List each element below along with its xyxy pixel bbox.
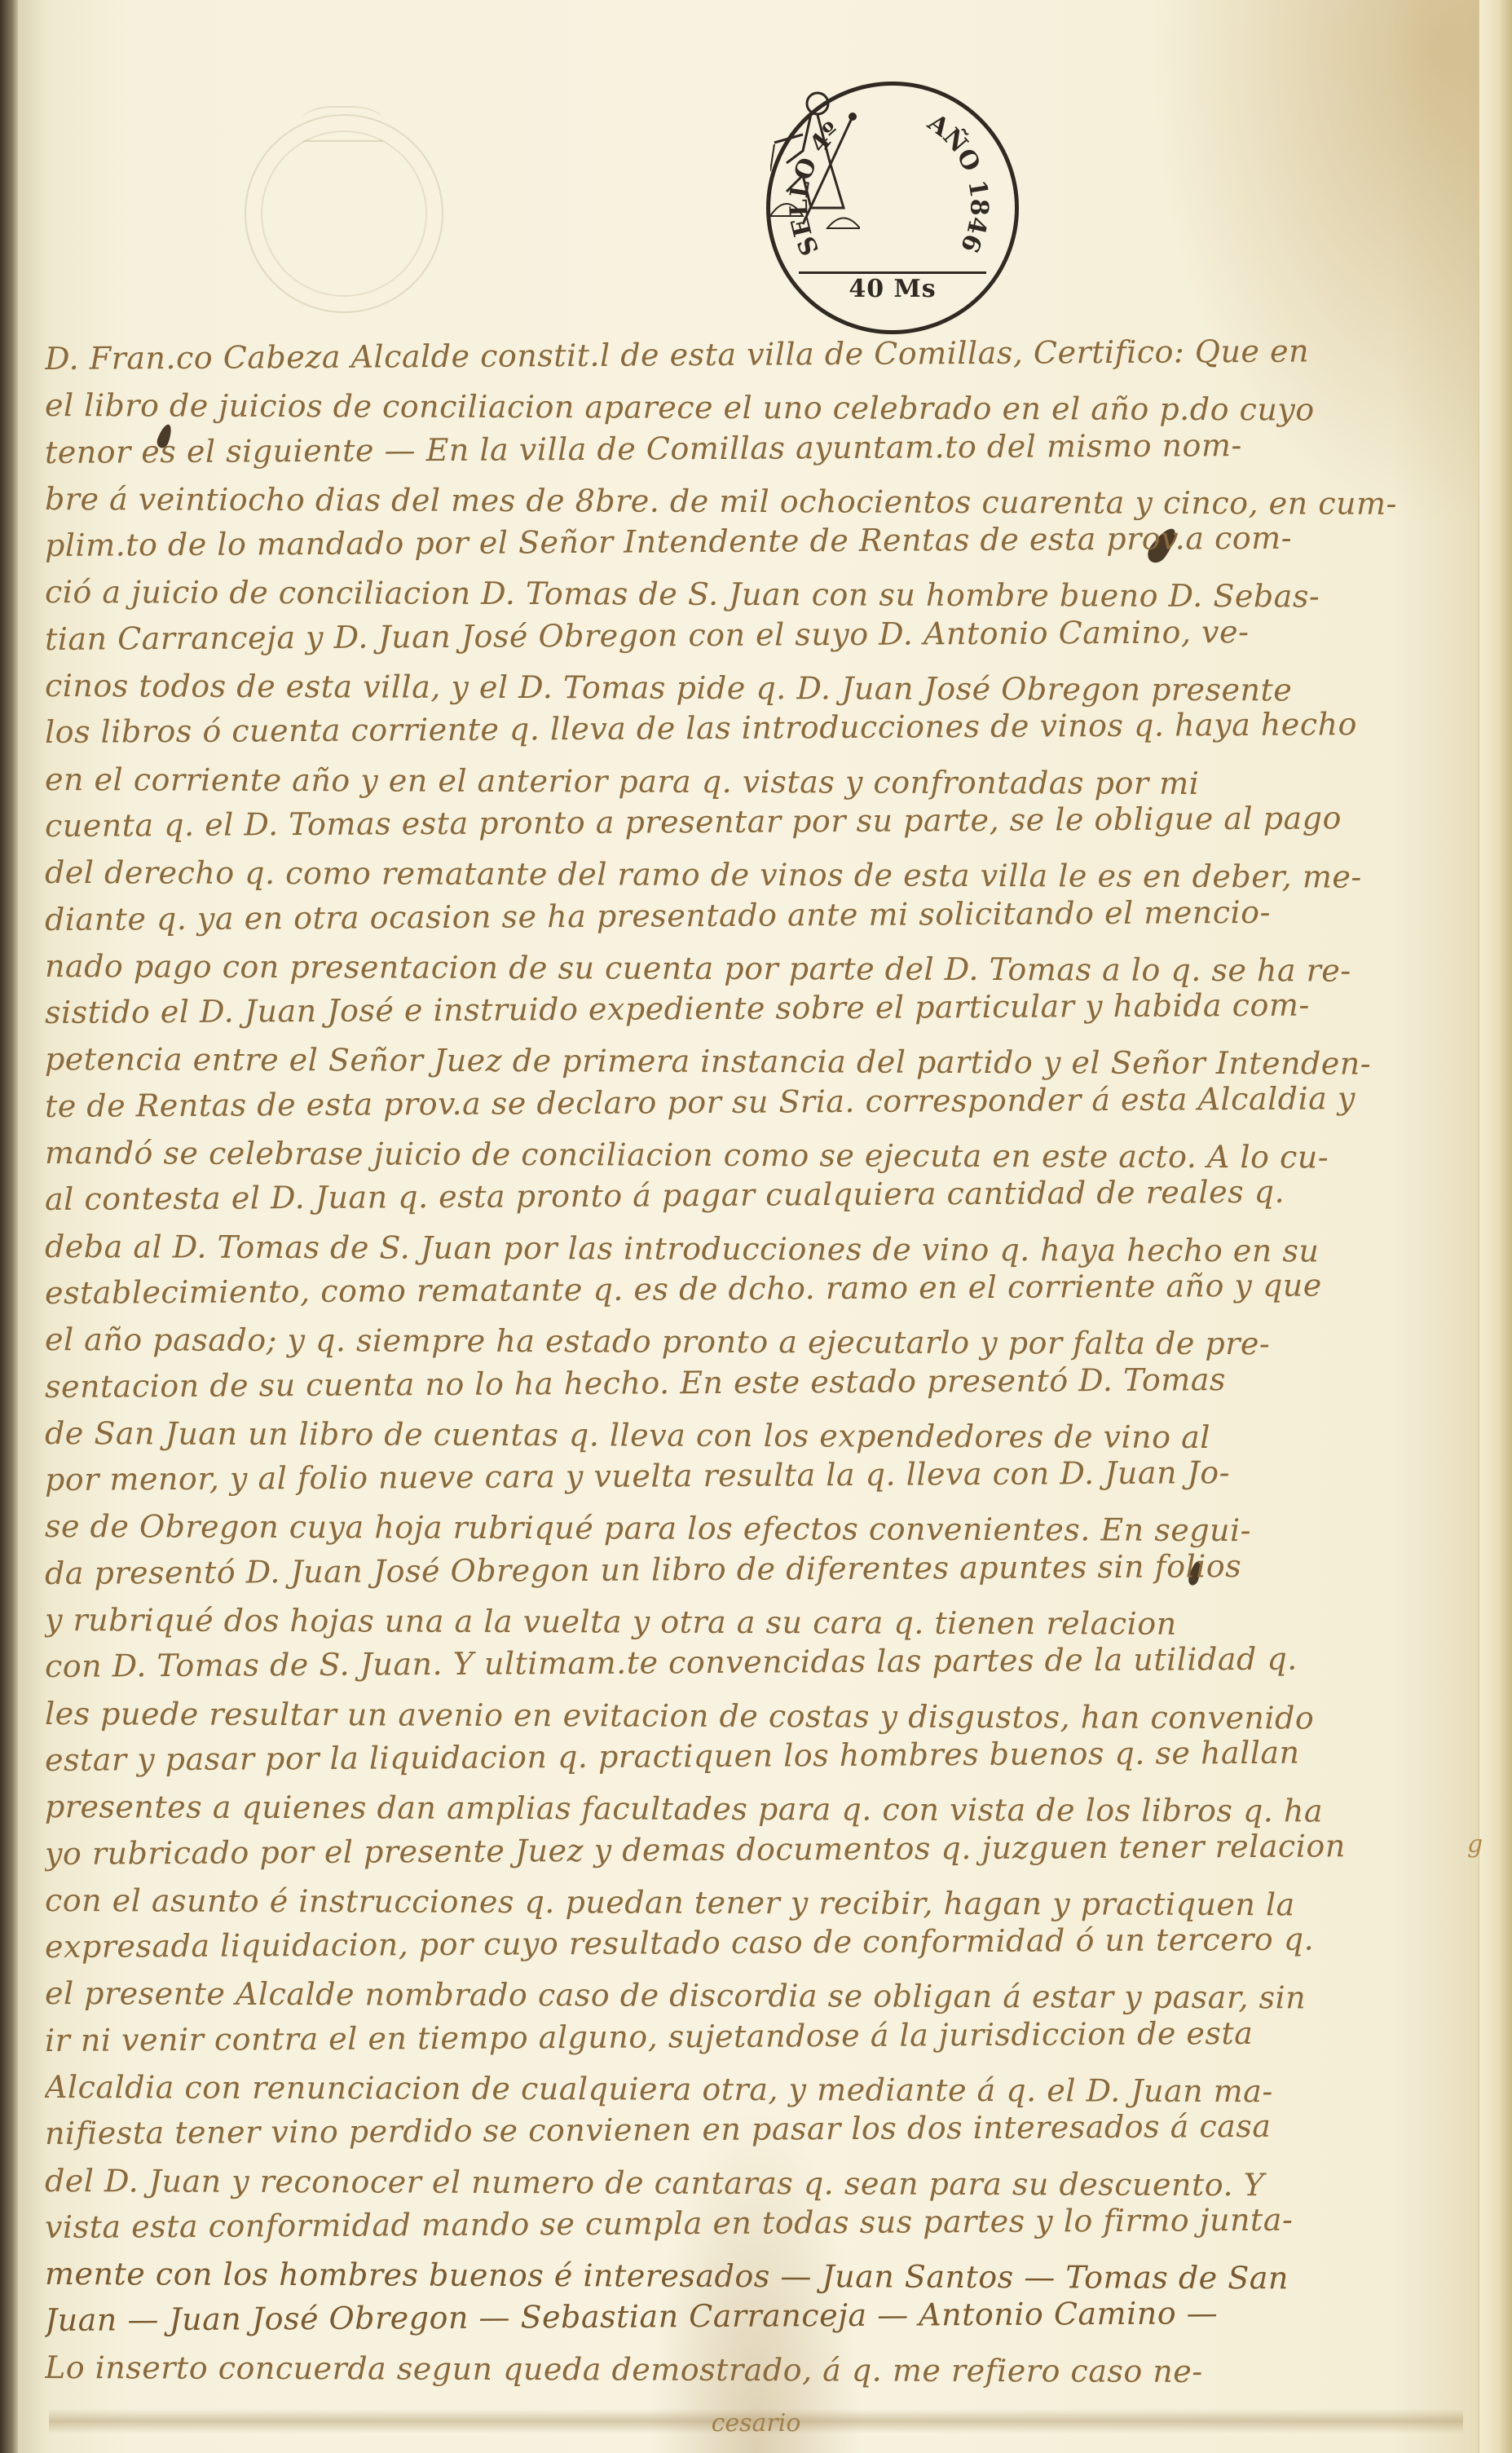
stamp-right-text: AÑO 1846 <box>922 108 994 256</box>
text-line: por menor, y al folio nueve cara y vuelt… <box>45 1448 1488 1503</box>
text-line: tian Carranceja y D. Juan José Obregon c… <box>45 607 1488 663</box>
svg-text:AÑO 1846: AÑO 1846 <box>922 108 994 256</box>
text-line: establecimiento, como rematante q. es de… <box>45 1261 1488 1317</box>
page-catchword: cesario <box>0 2409 1512 2438</box>
book-spine-shadow <box>0 0 18 2453</box>
text-line: te de Rentas de esta prov.a se declaro p… <box>45 1074 1488 1130</box>
text-line: yo rubricado por el presente Juez y dema… <box>45 1822 1488 1877</box>
text-line: plim.to de lo mandado por el Señor Inten… <box>45 514 1488 569</box>
text-line: expresada liquidacion, por cuyo resultad… <box>45 1915 1488 1970</box>
text-line: con D. Tomas de S. Juan. Y ultimam.te co… <box>45 1635 1488 1691</box>
embossed-seal-icon <box>245 114 443 313</box>
text-line: los libros ó cuenta corriente q. lleva d… <box>45 701 1488 757</box>
manuscript-page: SELLO 4º AÑO 1846 40 Ms g D. Fran.co Cab… <box>0 0 1512 2453</box>
text-line: sistido el D. Juan José e instruido expe… <box>45 981 1488 1036</box>
text-line: sentacion de su cuenta no lo ha hecho. E… <box>45 1355 1488 1410</box>
text-line: D. Fran.co Cabeza Alcalde constit.l de e… <box>45 327 1488 382</box>
seated-allegorical-figure-icon <box>770 86 860 240</box>
stamp-value: 40 Ms <box>770 275 1015 303</box>
signatures-line: Juan — Juan José Obregon — Sebastian Car… <box>45 2289 1488 2345</box>
text-line: vista esta conformidad mando se cumpla e… <box>45 2195 1488 2251</box>
text-line: al contesta el D. Juan q. esta pronto á … <box>45 1168 1488 1224</box>
text-line: Lo inserto concuerda segun queda demostr… <box>45 2345 1488 2396</box>
text-line: tenor es el siguiente — En la villa de C… <box>45 421 1488 476</box>
tax-stamp: SELLO 4º AÑO 1846 40 Ms <box>766 82 1019 334</box>
text-line: da presentó D. Juan José Obregon un libr… <box>45 1542 1488 1597</box>
text-line: estar y pasar por la liquidacion q. prac… <box>45 1728 1488 1784</box>
text-line: nifiesta tener vino perdido se convienen… <box>45 2102 1488 2157</box>
stamp-base-line <box>799 271 986 274</box>
text-line: ir ni venir contra el en tiempo alguno, … <box>45 2009 1488 2064</box>
text-line: diante q. ya en otra ocasion se ha prese… <box>45 888 1488 943</box>
manuscript-text: D. Fran.co Cabeza Alcalde constit.l de e… <box>45 336 1488 2391</box>
text-line: cuenta q. el D. Tomas esta pronto a pres… <box>45 794 1488 849</box>
